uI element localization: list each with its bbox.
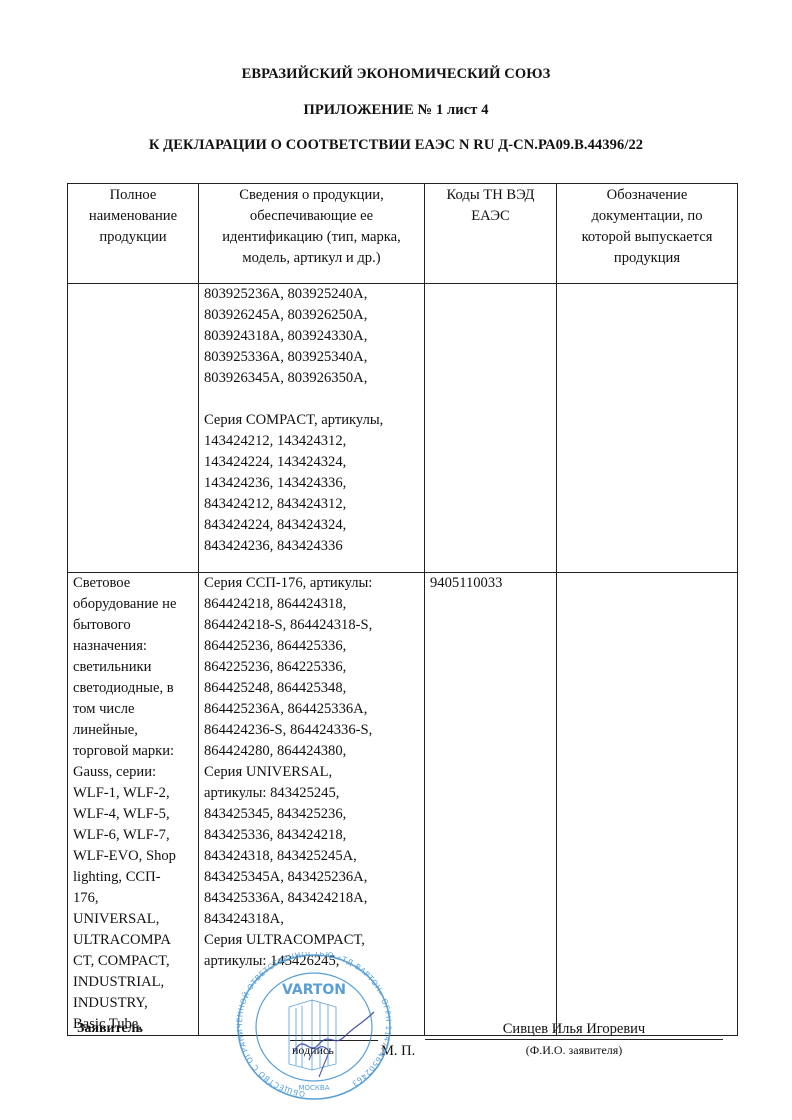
products-table: Полноенаименованиепродукции Сведения о п…: [67, 183, 738, 1036]
text-line: 864424280, 864424380,: [204, 741, 419, 762]
text-line: Обозначение: [562, 185, 732, 206]
header-product-name: Полноенаименованиепродукции: [68, 184, 199, 284]
text-line: 843425336A, 843424218A,: [204, 888, 419, 909]
text-line: WLF-6, WLF-7,: [73, 825, 193, 846]
signature-caption: подпись: [292, 1043, 334, 1058]
text-line: Коды ТН ВЭД: [430, 185, 551, 206]
text-line: lighting, ССП-: [73, 867, 193, 888]
text-line: 843425345, 843425236,: [204, 804, 419, 825]
text-line: идентификацию (тип, марка,: [204, 227, 419, 248]
table-row: Световоеоборудование небытовогоназначени…: [68, 573, 738, 1036]
text-line: Серия COMPACT, артикулы,: [204, 410, 419, 431]
text-line: Серия ССП-176, артикулы:: [204, 573, 419, 594]
union-title: ЕВРАЗИЙСКИЙ ЭКОНОМИЧЕСКИЙ СОЮЗ: [0, 66, 792, 83]
text-line: UNIVERSAL,: [73, 909, 193, 930]
text-line: 143424212, 143424312,: [204, 431, 419, 452]
text-line: светильники: [73, 657, 193, 678]
text-line: 176,: [73, 888, 193, 909]
product-info-cell: Серия ССП-176, артикулы:864424218, 86442…: [199, 573, 425, 1036]
text-line: 803924318A, 803924330A,: [204, 326, 419, 347]
text-line: светодиодные, в: [73, 678, 193, 699]
applicant-label: Заявитель: [77, 1021, 143, 1037]
text-line: 864424218-S, 864424318-S,: [204, 615, 419, 636]
text-line: линейные,: [73, 720, 193, 741]
text-line: 843425345A, 843425236A,: [204, 867, 419, 888]
text-line: 143424224, 143424324,: [204, 452, 419, 473]
text-line: Серия UNIVERSAL,: [204, 762, 419, 783]
text-line: 864425248, 864425348,: [204, 678, 419, 699]
text-line: 803925336A, 803925340A,: [204, 347, 419, 368]
text-line: Gauss, серии:: [73, 762, 193, 783]
text-line: WLF-4, WLF-5,: [73, 804, 193, 825]
text-line: 864424218, 864424318,: [204, 594, 419, 615]
text-line: 864425236, 864425336,: [204, 636, 419, 657]
text-line: INDUSTRY,: [73, 993, 193, 1014]
text-line: [204, 389, 419, 410]
name-line: [425, 1039, 723, 1040]
text-line: модель, артикул и др.): [204, 248, 419, 269]
text-line: Полное: [73, 185, 193, 206]
applicant-name: Сивцев Илья Игоревич: [425, 1021, 723, 1038]
text-line: которой выпускается: [562, 227, 732, 248]
text-line: 843424318A,: [204, 909, 419, 930]
text-line: продукции: [73, 227, 193, 248]
text-line: CT, COMPACT,: [73, 951, 193, 972]
text-line: 864225236, 864225336,: [204, 657, 419, 678]
text-line: торговой марки:: [73, 741, 193, 762]
tn-ved-code-cell: [425, 284, 557, 573]
documentation-cell: [557, 284, 738, 573]
text-line: 843425336, 843424218,: [204, 825, 419, 846]
text-line: артикулы: 143426245,: [204, 951, 419, 972]
declaration-number-title: К ДЕКЛАРАЦИИ О СООТВЕТСТВИИ ЕАЭС N RU Д-…: [0, 137, 792, 154]
product-name-cell: [68, 284, 199, 573]
text-line: 143424236, 143424336,: [204, 473, 419, 494]
text-line: WLF-1, WLF-2,: [73, 783, 193, 804]
text-line: Серия ULTRACOMPACT,: [204, 930, 419, 951]
header-documentation: Обозначениедокументации, покоторой выпус…: [557, 184, 738, 284]
name-caption: (Ф.И.О. заявителя): [425, 1043, 723, 1058]
text-line: 803925236A, 803925240A,: [204, 284, 419, 305]
text-line: WLF-EVO, Shop: [73, 846, 193, 867]
seal-label: М. П.: [381, 1043, 415, 1060]
text-line: ЕАЭС: [430, 206, 551, 227]
text-line: 864424236-S, 864424336-S,: [204, 720, 419, 741]
text-line: артикулы: 843425245,: [204, 783, 419, 804]
product-info-cell: 803925236A, 803925240A,803926245A, 80392…: [199, 284, 425, 573]
text-line: 864425236A, 864425336A,: [204, 699, 419, 720]
text-line: INDUSTRIAL,: [73, 972, 193, 993]
appendix-title: ПРИЛОЖЕНИЕ № 1 лист 4: [0, 102, 792, 119]
text-line: документации, по: [562, 206, 732, 227]
table-header-row: Полноенаименованиепродукции Сведения о п…: [68, 184, 738, 284]
text-line: 803926345A, 803926350A,: [204, 368, 419, 389]
text-line: 843424236, 843424336: [204, 536, 419, 557]
text-line: наименование: [73, 206, 193, 227]
text-line: 843424212, 843424312,: [204, 494, 419, 515]
text-line: оборудование не: [73, 594, 193, 615]
table-row: 803925236A, 803925240A,803926245A, 80392…: [68, 284, 738, 573]
signature-line: [290, 1040, 378, 1041]
text-line: 843424224, 843424324,: [204, 515, 419, 536]
text-line: Световое: [73, 573, 193, 594]
text-line: 803926245A, 803926250A,: [204, 305, 419, 326]
product-name-cell: Световоеоборудование небытовогоназначени…: [68, 573, 199, 1036]
svg-text:МОСКВА: МОСКВА: [299, 1084, 330, 1092]
text-line: бытового: [73, 615, 193, 636]
text-line: том числе: [73, 699, 193, 720]
text-line: Сведения о продукции,: [204, 185, 419, 206]
tn-ved-code-cell: 9405110033: [425, 573, 557, 1036]
text-line: продукция: [562, 248, 732, 269]
text-line: ULTRACOMPA: [73, 930, 193, 951]
text-line: обеспечивающие ее: [204, 206, 419, 227]
text-line: назначения:: [73, 636, 193, 657]
header-product-info: Сведения о продукции,обеспечивающие ееид…: [199, 184, 425, 284]
header-tn-ved-codes: Коды ТН ВЭДЕАЭС: [425, 184, 557, 284]
documentation-cell: [557, 573, 738, 1036]
text-line: 843424318, 843425245A,: [204, 846, 419, 867]
